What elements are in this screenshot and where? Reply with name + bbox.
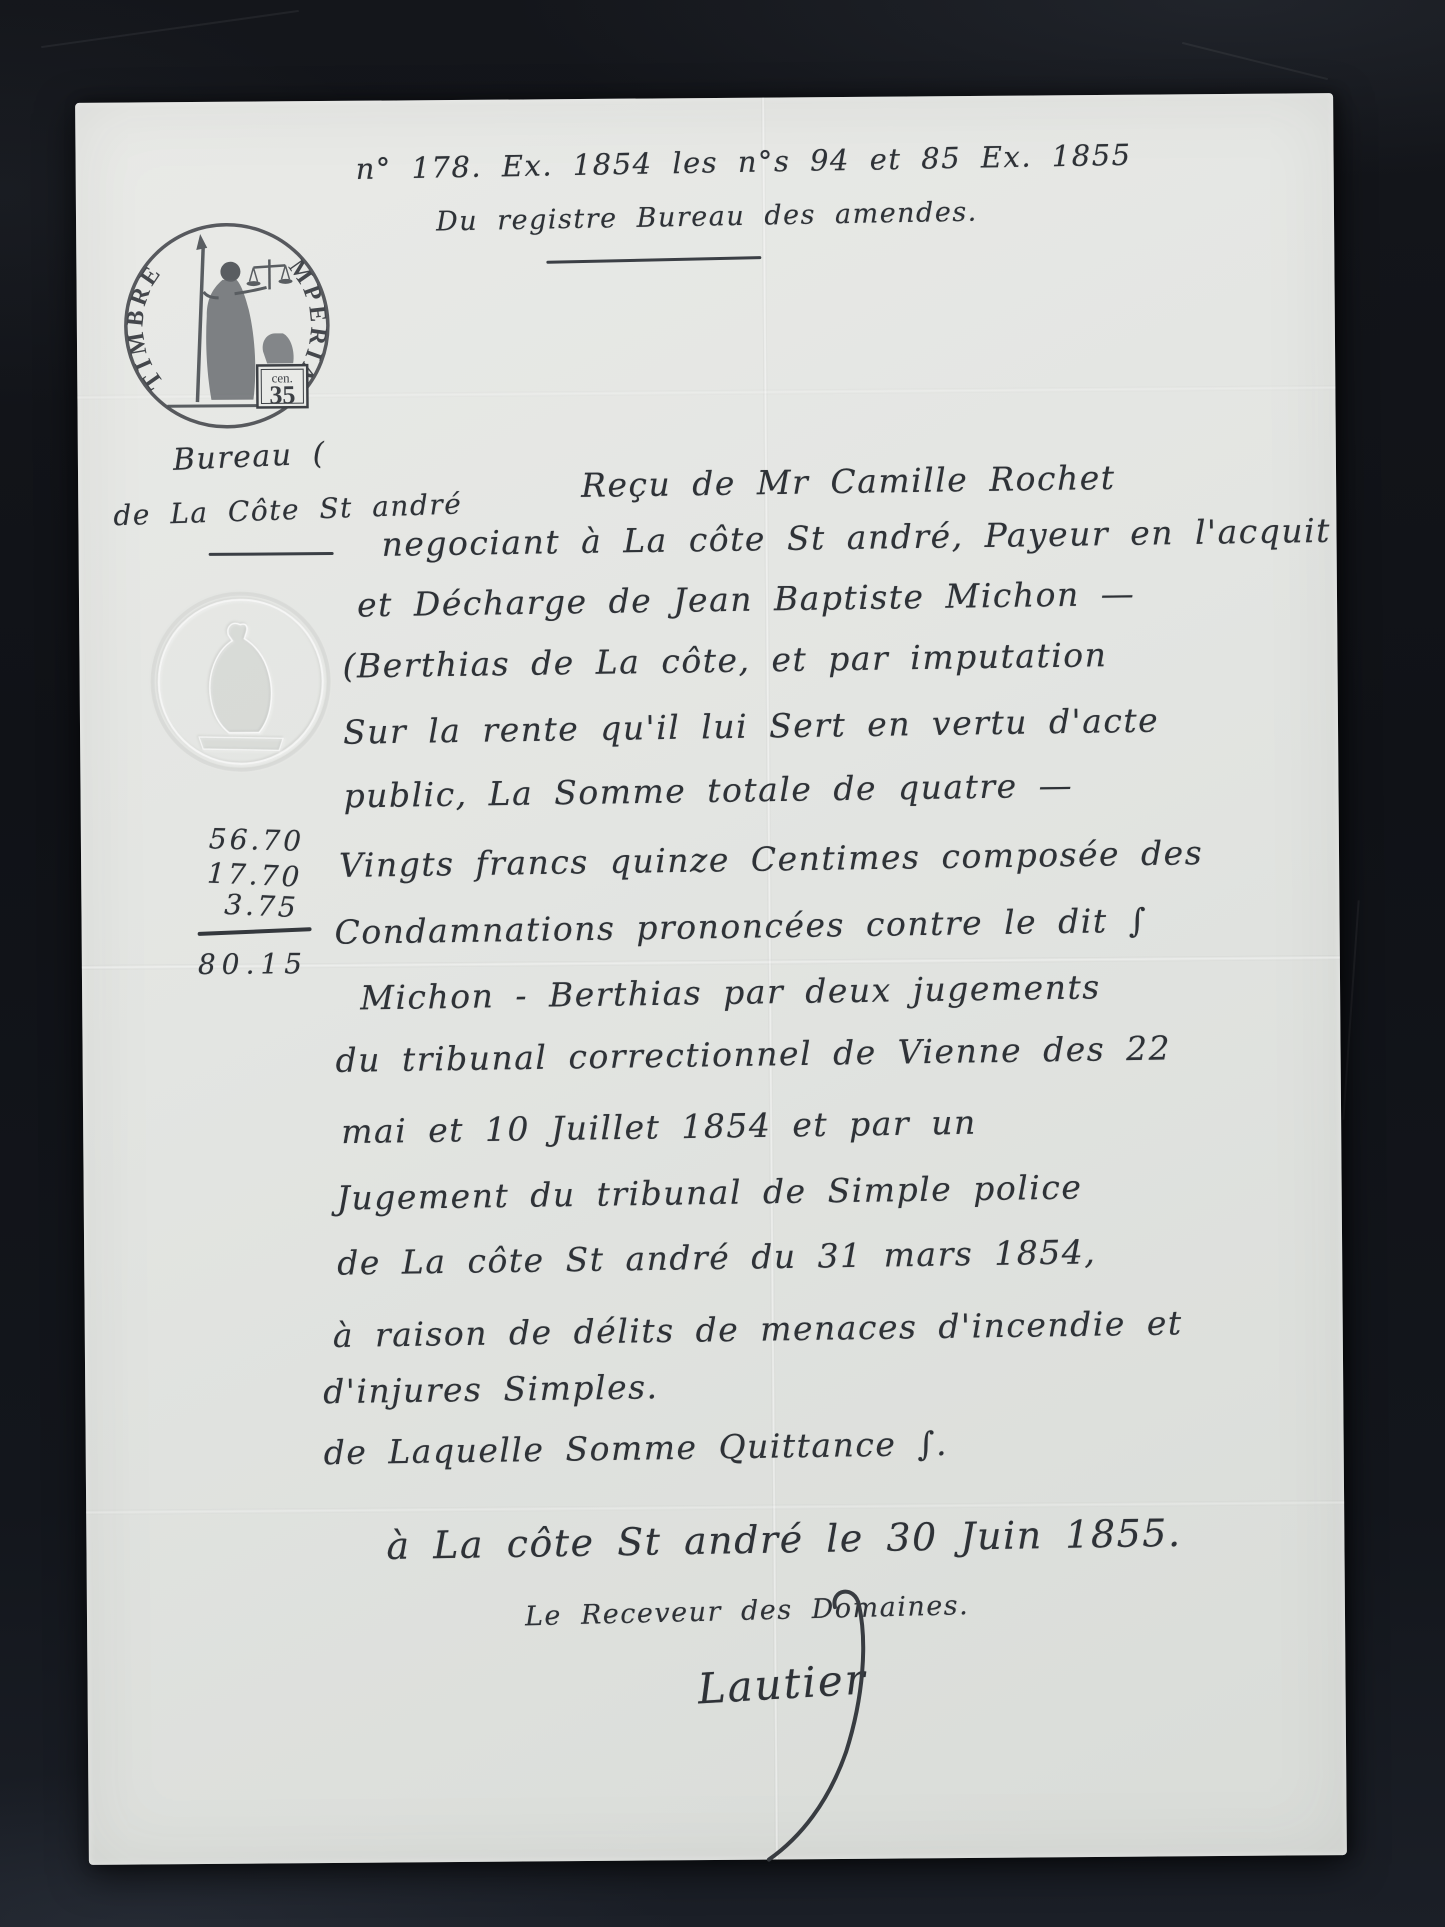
stamp-eagle <box>263 333 294 363</box>
embossed-eagle <box>209 623 271 733</box>
stamp-arc-text-left: TIMBRE <box>122 259 169 394</box>
office-bureau-line: Bureau ( <box>172 436 326 478</box>
background-scratch <box>41 10 299 48</box>
stamp-denomination-value: 35 <box>269 380 295 409</box>
dateline: à La côte St andré le 30 Juin 1855. <box>386 1511 1182 1568</box>
body-line-6: public, La Somme totale de quatre — <box>343 766 1073 816</box>
amount-total: 80.15 <box>198 947 308 981</box>
amount-line-3: 3.75 <box>224 888 300 924</box>
body-line-1: Reçu de Mr Camille Rochet <box>581 458 1116 505</box>
registry-line-2: Du registre Bureau des amendes. <box>436 198 896 237</box>
amount-line-1: 56.70 <box>208 822 304 858</box>
body-line-7: Vingts francs quinze Centimes composée d… <box>339 833 1204 885</box>
header-underline <box>546 256 761 264</box>
body-line-11: mai et 10 Juillet 1854 et par un <box>341 1103 977 1151</box>
amount-line-2: 17.70 <box>206 856 303 893</box>
blind-embossed-seal <box>140 586 341 778</box>
body-line-2: negociant à La côte St andré, Payeur en … <box>381 511 1331 564</box>
signature-flourish <box>747 1587 879 1878</box>
body-line-5: Sur la rente qu'il lui Sert en vertu d'a… <box>343 701 1160 752</box>
body-line-8: Condamnations prononcées contre le dit ∫ <box>334 901 1147 952</box>
imperial-stamp: TIMBRE IMPERIAL <box>106 205 348 447</box>
sum-rule <box>198 927 312 936</box>
registry-line-1: n° 178. Ex. 1854 les n°s 94 et 85 Ex. 18… <box>355 141 976 186</box>
body-line-9: Michon - Berthias par deux jugements <box>360 967 1101 1017</box>
background-scratch <box>1342 900 1359 1120</box>
body-line-16: de Laquelle Somme Quittance ∫. <box>323 1424 948 1472</box>
body-line-14: à raison de délits de menaces d'incendie… <box>333 1303 1183 1355</box>
office-underline <box>209 552 334 556</box>
body-line-13: de La côte St andré du 31 mars 1854, <box>337 1232 1097 1282</box>
body-line-3: et Décharge de Jean Baptiste Michon — <box>357 574 1136 625</box>
body-line-10: du tribunal correctionnel de Vienne des … <box>335 1028 1171 1079</box>
photo-background: n° 178. Ex. 1854 les n°s 94 et 85 Ex. 18… <box>0 0 1445 1927</box>
body-line-12: Jugement du tribunal de Simple police <box>336 1167 1082 1217</box>
stamp-denomination-box: cen. 35 <box>257 365 307 409</box>
body-line-15: d'injures Simples. <box>323 1367 659 1411</box>
body-line-4: (Berthias de La côte, et par imputation <box>342 635 1107 685</box>
document-paper: n° 178. Ex. 1854 les n°s 94 et 85 Ex. 18… <box>75 93 1347 1865</box>
background-scratch <box>1182 42 1328 80</box>
